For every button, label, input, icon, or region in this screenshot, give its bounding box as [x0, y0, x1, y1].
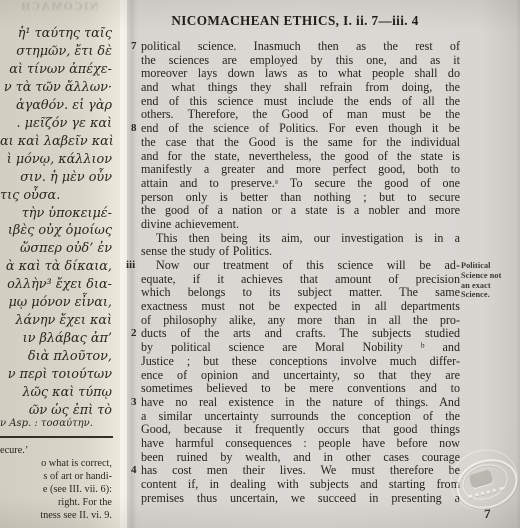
text-line: λάνην ἔχει καὶ — [0, 312, 112, 330]
section-number: 7 — [131, 40, 143, 54]
text-line: tness see II. vi. 9. — [0, 509, 112, 522]
text-line: μῳ μόνον εἶναι, — [0, 294, 112, 312]
text-line: αὶ τίνων ἀπέχε- — [0, 61, 112, 79]
text-line: ἀγαθόν. εἰ γὰρ — [0, 97, 112, 115]
text-line: attain and to preserve.ᵃ To secure the g… — [141, 177, 460, 191]
section-number: 3 — [131, 396, 143, 410]
text-line: τὴν ὑποκειμέ- — [0, 205, 112, 223]
section-number: 2 — [131, 327, 143, 341]
text-line: ολλὴν³ ἔχει δια- — [0, 276, 112, 294]
margin-note: PoliticalScience notan exactScience. — [461, 261, 519, 300]
section-number: iii — [126, 259, 142, 273]
text-line: manifestly a greater and more perfect go… — [141, 163, 460, 177]
text-line: ν περὶ τοιούτων — [0, 366, 112, 384]
text-line: of philosophy alike, any more than in al… — [141, 314, 460, 328]
text-line: ἡ¹ ταύτης ταῖς — [0, 25, 112, 43]
text-line: ὰ καὶ τὰ δίκαια, — [0, 258, 112, 276]
text-line: 8end of the science of Politics. For eve… — [141, 122, 460, 136]
text-line: διὰ πλοῦτον, — [0, 348, 112, 366]
text-line: others. Therefore, the Good of man must … — [141, 108, 460, 122]
footnote-divider — [0, 436, 113, 438]
text-line: a similar uncertainty surrounds the conc… — [141, 410, 460, 424]
text-line: αι καὶ λαβεῖν καὶ — [0, 133, 112, 151]
text-line: 3have no real existence in the nature of… — [141, 396, 460, 410]
translation-text: 7political science. Inasmuch then as the… — [141, 40, 460, 505]
text-line: which belongs to its subject matter. The… — [141, 286, 460, 300]
text-line: been ruined by wealth, and in other case… — [141, 451, 460, 465]
text-line: Justice ; but these conceptions involve … — [141, 355, 460, 369]
text-line: ιβὲς οὐχ ὁμοίως — [0, 222, 112, 240]
text-line: Political — [461, 261, 519, 271]
text-line: Good, because it frequently occurs that … — [141, 423, 460, 437]
text-line: ence of opinion and uncertainty, so that… — [141, 369, 460, 383]
text-line: τις οὖσα. — [0, 187, 112, 205]
text-line: ιν βλάβας ἀπ’ — [0, 330, 112, 348]
text-line: . μεῖζόν γε καὶ — [0, 115, 112, 133]
text-line: sense the study of Politics. — [141, 245, 460, 259]
text-line: have harmful consequences : people have … — [141, 437, 460, 451]
text-line: end of this science must include the end… — [141, 95, 460, 109]
text-line: exactness must not be expected in all de… — [141, 300, 460, 314]
critical-apparatus: ν Asp. : τοσαύτην. — [0, 418, 112, 429]
text-line: and for the state, nevertheless, the goo… — [141, 150, 460, 164]
text-line: equate, if it achieves that amount of pr… — [141, 273, 460, 287]
text-line: ὥσπερ οὐδ’ ἐν — [0, 240, 112, 258]
running-header: NICOMACHEAN ETHICS, I. ii. 7—iii. 4 — [128, 13, 462, 29]
text-line: o what is correct, — [0, 457, 112, 470]
section-number: 4 — [131, 464, 143, 478]
text-line: 7political science. Inasmuch then as the… — [141, 40, 460, 54]
text-line: iiiNow our treatment of this science wil… — [141, 259, 460, 273]
text-line: divine achievement. — [141, 218, 460, 232]
footnotes-column: ecure.’o what is correct,s of art or han… — [0, 444, 112, 523]
text-line: ecure.’ — [0, 444, 112, 457]
text-line: 2ducts of the arts and crafts. The subje… — [141, 327, 460, 341]
greek-text-column: ἡ¹ ταύτης ταῖςστημῶν, ἔτι δὲαὶ τίνων ἀπέ… — [0, 25, 112, 420]
text-line: the good of a nation or a state is a nob… — [141, 204, 460, 218]
text-line: by political science are Moral Nobility … — [141, 341, 460, 355]
text-line: and what things they shall refrain from … — [141, 81, 460, 95]
header-showthrough: NICOMACH — [0, 1, 118, 13]
text-line: the sciences are employed by this one, a… — [141, 54, 460, 68]
text-line: sometimes believed to be mere convention… — [141, 382, 460, 396]
text-line: moreover lays down laws as to what peopl… — [141, 67, 460, 81]
text-line: Science. — [461, 290, 519, 300]
section-number: 8 — [131, 122, 143, 136]
text-line: ν τὰ τῶν ἄλλων· — [0, 79, 112, 97]
page-number: 7 — [484, 506, 502, 522]
text-line: This then being its aim, our investigati… — [141, 232, 460, 246]
text-line: λῶς καὶ τύπῳ — [0, 384, 112, 402]
text-line: the case that the Good is the same for t… — [141, 136, 460, 150]
text-line: premises thus uncertain, we succeed in p… — [141, 492, 460, 506]
text-line: Science not — [461, 271, 519, 281]
text-line: an exact — [461, 281, 519, 291]
text-line: right. For the — [0, 496, 112, 509]
text-line: person only is better than nothing ; but… — [141, 191, 460, 205]
text-line: content if, in dealing with subjects and… — [141, 478, 460, 492]
text-line: σιν. ἡ μὲν οὖν — [0, 169, 112, 187]
text-line: 4has cost men their lives. We must there… — [141, 464, 460, 478]
text-line: s of art or handi- — [0, 470, 112, 483]
text-line: e (see III. vii. 6): — [0, 483, 112, 496]
text-line: ὶ μόνῳ, κάλλιον — [0, 151, 112, 169]
text-line: στημῶν, ἔτι δὲ — [0, 43, 112, 61]
book-photo: NICOMACH NICOMACHEAN ETHICS, I. ii. 7—ii… — [0, 0, 520, 528]
